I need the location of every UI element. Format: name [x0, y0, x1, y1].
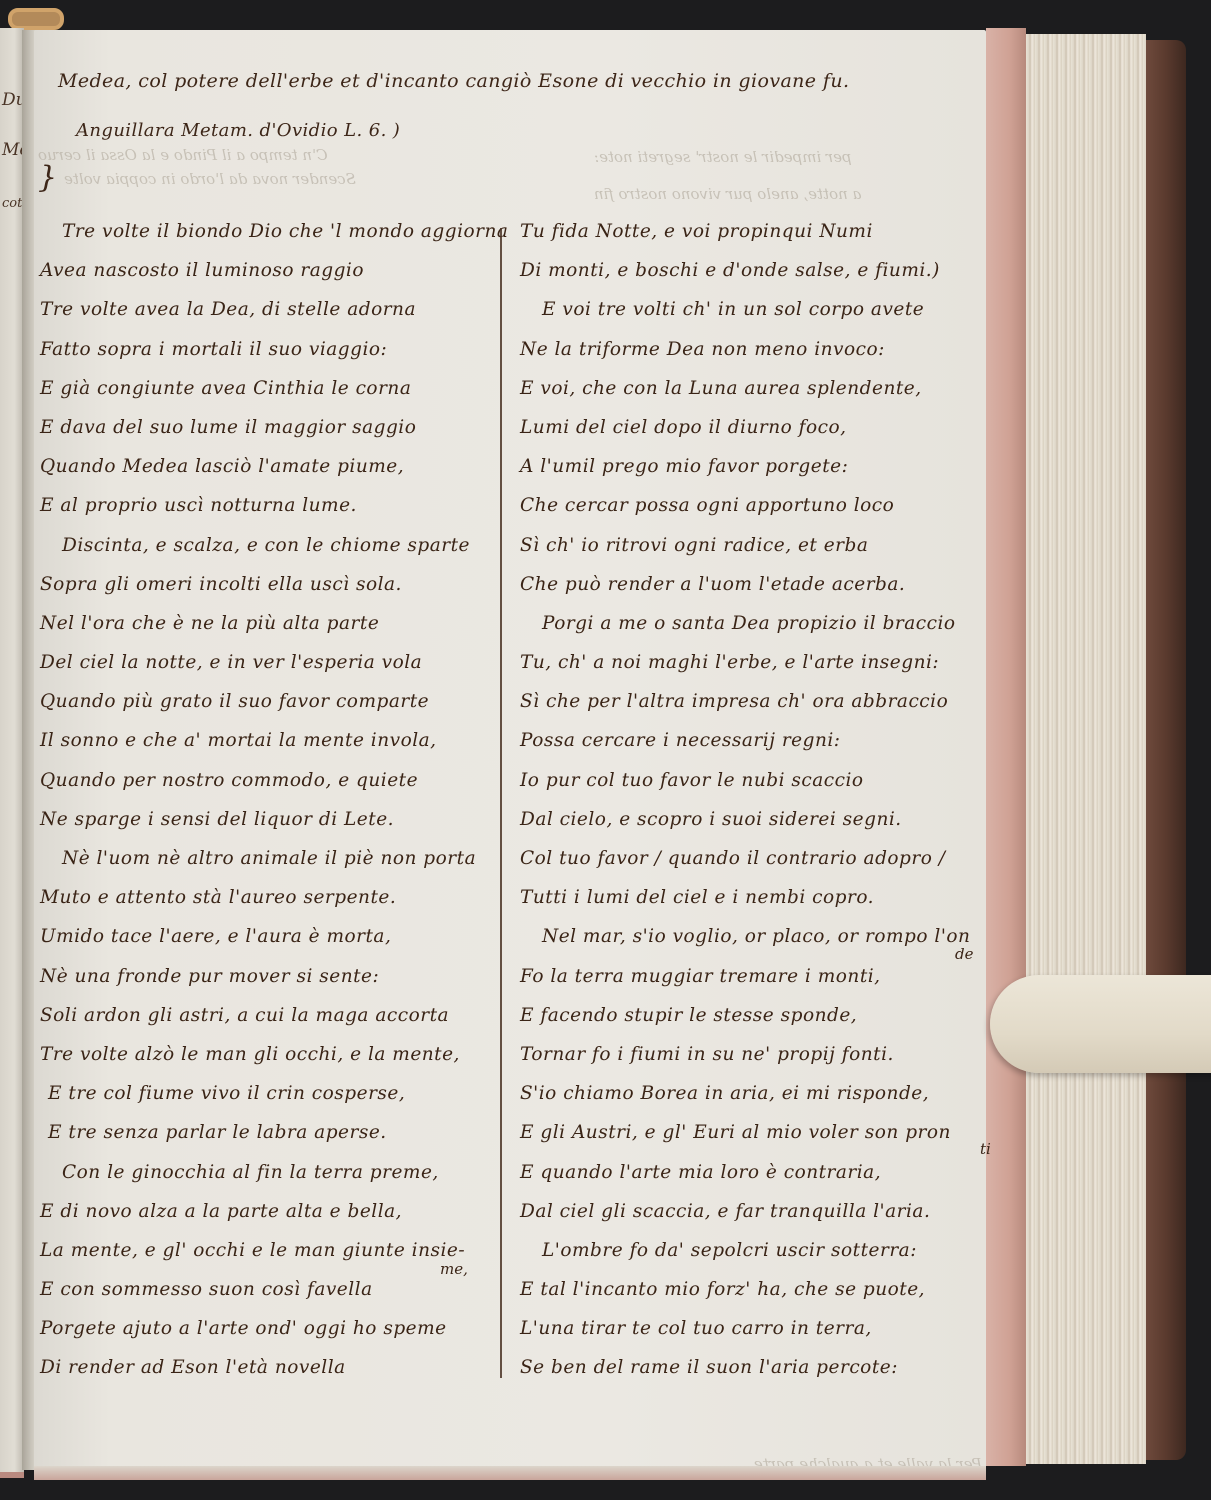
verse-line: Soli ardon gli astri, a cui la maga acco… — [40, 996, 500, 1035]
verse-line: Fo la terra muggiar tremare i monti, — [520, 957, 990, 996]
verse-line: Lumi del ciel dopo il diurno foco, — [520, 408, 990, 447]
verse-line: E al proprio uscì notturna lume. — [40, 486, 500, 525]
verse-line: Ne sparge i sensi del liquor di Lete. — [40, 800, 500, 839]
right-verse-column: Tu fida Notte, e voi propinqui Numi Di m… — [520, 212, 990, 1388]
verse-line: Con le ginocchia al fin la terra preme, — [40, 1153, 500, 1192]
show-through-text: Per la valle et a qualche parte — [754, 1455, 982, 1473]
verse-line: Del ciel la notte, e in ver l'esperia vo… — [40, 643, 500, 682]
verse-line: Nè l'uom nè altro animale il piè non por… — [40, 839, 500, 878]
verse-line: Tre volte il biondo Dio che 'l mondo agg… — [40, 212, 500, 251]
verse-line: E tre col fiume vivo il crin cosperse, — [40, 1074, 500, 1113]
verse-line: E voi tre volti ch' in un sol corpo avet… — [520, 290, 990, 329]
verse-line: Tre volte avea la Dea, di stelle adorna — [40, 290, 500, 329]
verse-line: Tornar fo i fiumi in su ne' propij fonti… — [520, 1035, 990, 1074]
verse-line: Il sonno e che a' mortai la mente invola… — [40, 721, 500, 760]
show-through-text: a notte, anelo pur vivono nostro fin — [594, 185, 861, 203]
verse-line: Che cercar possa ogni apportuno loco — [520, 486, 990, 525]
verse-line: E voi, che con la Luna aurea splendente, — [520, 369, 990, 408]
verse-line: Io pur col tuo favor le nubi scaccio — [520, 761, 990, 800]
verse-line: S'io chiamo Borea in aria, ei mi rispond… — [520, 1074, 990, 1113]
left-verse-column: Tre volte il biondo Dio che 'l mondo agg… — [40, 212, 500, 1388]
verse-line: Di monti, e boschi e d'onde salse, e fiu… — [520, 251, 990, 290]
verse-line: L'ombre fo da' sepolcri uscir sotterra: — [520, 1231, 990, 1270]
verse-line: A l'umil prego mio favor porgete: — [520, 447, 990, 486]
interlinear-note: me, — [440, 1260, 468, 1278]
verse-line: E quando l'arte mia loro è contraria, — [520, 1153, 990, 1192]
verse-line: Tutti i lumi del ciel e i nembi copro. — [520, 878, 990, 917]
verse-line: E facendo stupir le stesse sponde, — [520, 996, 990, 1035]
verse-line: E tre senza parlar le labra aperse. — [40, 1113, 500, 1152]
verse-line: Col tuo favor / quando il contrario adop… — [520, 839, 990, 878]
verse-line: E tal l'incanto mio forz' ha, che se puo… — [520, 1270, 990, 1309]
verse-line: L'una tirar te col tuo carro in terra, — [520, 1309, 990, 1348]
verse-line: Porgete ajuto a l'arte ond' oggi ho spem… — [40, 1309, 500, 1348]
verse-line: Nel l'ora che è ne la più alta parte — [40, 604, 500, 643]
verse-line: Sopra gli omeri incolti ella uscì sola. — [40, 565, 500, 604]
verse-line: E dava del suo lume il maggior saggio — [40, 408, 500, 447]
binding-clasp — [8, 8, 64, 30]
verse-line: Discinta, e scalza, e con le chiome spar… — [40, 526, 500, 565]
verse-line: Quando Medea lasciò l'amate piume, — [40, 447, 500, 486]
verse-line: Sì ch' io ritrovi ogni radice, et erba — [520, 526, 990, 565]
verse-line: Quando più grato il suo favor comparte — [40, 682, 500, 721]
header-title-line: Medea, col potere dell'erbe et d'incanto… — [58, 70, 849, 92]
verse-line: Quando per nostro commodo, e quiete — [40, 761, 500, 800]
verse-line: Dal ciel gli scaccia, e far tranquilla l… — [520, 1192, 990, 1231]
verse-line: Muto e attento stà l'aureo serpente. — [40, 878, 500, 917]
verse-line: Sì che per l'altra impresa ch' ora abbra… — [520, 682, 990, 721]
verse-line: Avea nascosto il luminoso raggio — [40, 251, 500, 290]
interlinear-note: ti — [980, 1140, 991, 1158]
verse-line: Nel mar, s'io voglio, or placo, or rompo… — [520, 917, 990, 956]
verse-line: La mente, e gl' occhi e le man giunte in… — [40, 1231, 500, 1270]
verse-line: E di novo alza a la parte alta e bella, — [40, 1192, 500, 1231]
verse-line: E già congiunte avea Cinthia le corna — [40, 369, 500, 408]
verse-line: Tu, ch' a noi maghi l'erbe, e l'arte ins… — [520, 643, 990, 682]
facing-page-left: Du Me cotte — [0, 28, 24, 1478]
page-block-edges — [1026, 34, 1146, 1464]
page-edge-pink — [986, 28, 1026, 1466]
interlinear-note: de — [955, 945, 973, 963]
column-divider — [500, 228, 502, 1378]
verse-line: Fatto sopra i mortali il suo viaggio: — [40, 330, 500, 369]
verse-line: Nè una fronde pur mover si sente: — [40, 957, 500, 996]
show-through-text: C'n tempo a il Pindo e la Ossa il ceruo — [38, 146, 328, 164]
verse-line: E gli Austri, e gl' Euri al mio voler so… — [520, 1113, 990, 1152]
verse-line: Porgi a me o santa Dea propizio il bracc… — [520, 604, 990, 643]
header-reference: Anguillara Metam. d'Ovidio L. 6. ) — [76, 120, 400, 141]
leather-binding — [1146, 40, 1186, 1460]
show-through-text: per impedir le nostr' segreti note: — [594, 148, 852, 166]
verse-line: Umido tace l'aere, e l'aura è morta, — [40, 917, 500, 956]
verse-line: Ne la triforme Dea non meno invoco: — [520, 330, 990, 369]
verse-line: Tu fida Notte, e voi propinqui Numi — [520, 212, 990, 251]
verse-line: Possa cercare i necessarij regni: — [520, 721, 990, 760]
verse-line: Che può render a l'uom l'etade acerba. — [520, 565, 990, 604]
verse-line: E con sommesso suon così favella — [40, 1270, 500, 1309]
verse-line: Di render ad Eson l'età novella — [40, 1348, 500, 1387]
verse-line: Se ben del rame il suon l'aria percote: — [520, 1348, 990, 1387]
verse-line: Dal cielo, e scopro i suoi siderei segni… — [520, 800, 990, 839]
bone-folder — [990, 975, 1211, 1073]
verse-line: Tre volte alzò le man gli occhi, e la me… — [40, 1035, 500, 1074]
bracket-mark: } — [38, 160, 58, 195]
show-through-text: Scender nova da l'ordo in coppia volte — [64, 170, 356, 188]
